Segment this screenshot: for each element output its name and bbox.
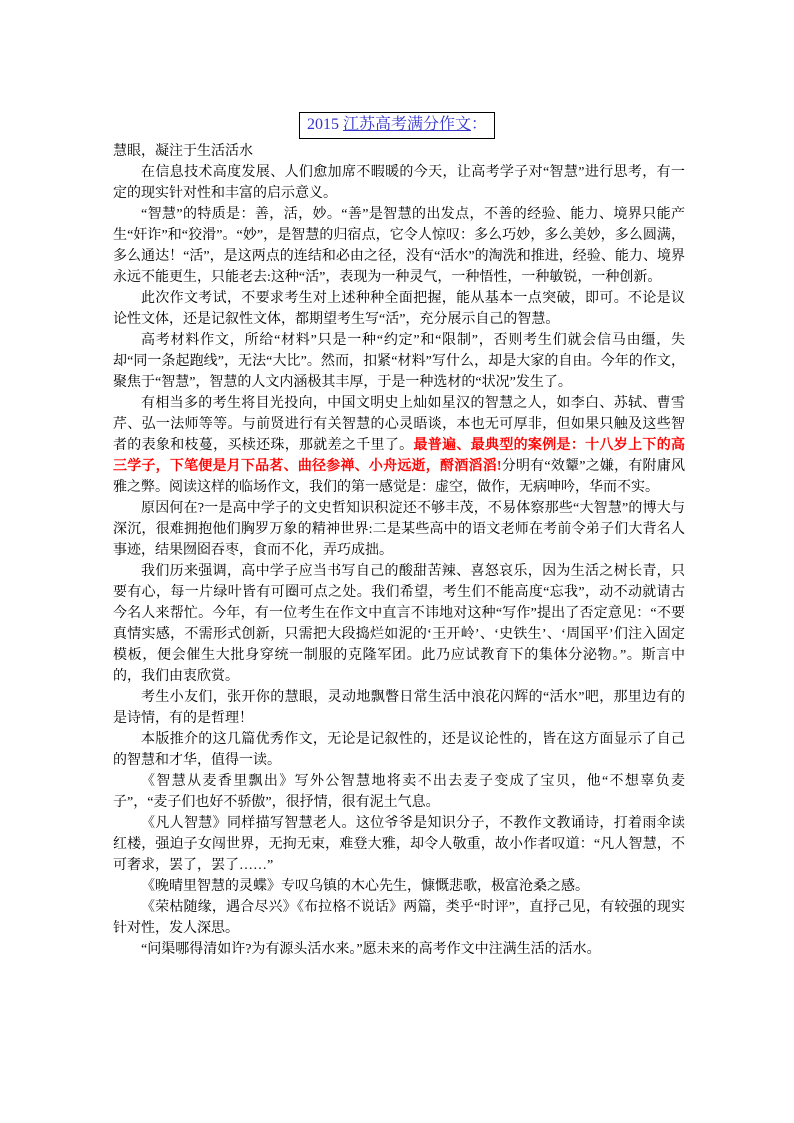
paragraph: 我们历来强调，高中学子应当书写自己的酸甜苦辣、喜怒哀乐，因为生活之树长青，只要有… — [113, 561, 685, 687]
paragraph: 有相当多的考生将目光投向，中国文明史上灿如星汉的智慧之人，如李白、苏轼、曹雪芹、… — [113, 393, 685, 498]
text-run: 《晚晴里智慧的灵蝶》专叹乌镇的木心先生，慷慨悲歌，极富沧桑之感。 — [141, 879, 589, 894]
paragraph: 高考材料作文，所给“材料”只是一种“约定”和“限制”，否则考生们就会信马由缰，失… — [113, 330, 685, 393]
text-run: “问渠哪得清如许?为有源头活水来。”愿未来的高考作文中注满生活的活水。 — [141, 942, 601, 957]
text-run: 《凡人智慧》同样描写智慧老人。这位爷爷是知识分子，不教作文教诵诗，打着雨伞读红楼… — [113, 816, 685, 873]
text-run: 此次作文考试，不要求考生对上述种种全面把握，能从基本一点突破，即可。不论是议论性… — [113, 291, 685, 327]
paragraph: 《晚晴里智慧的灵蝶》专叹乌镇的木心先生，慷慨悲歌，极富沧桑之感。 — [113, 876, 685, 897]
title-text: ： — [471, 116, 487, 133]
text-run: 慧眼，凝注于生活活水 — [113, 144, 253, 159]
paragraph: 在信息技术高度发展、人们愈加席不暇暖的今天，让高考学子对“智慧”进行思考，有一定… — [113, 162, 685, 204]
paragraph: “问渠哪得清如许?为有源头活水来。”愿未来的高考作文中注满生活的活水。 — [113, 939, 685, 960]
text-run: 高考材料作文，所给“材料”只是一种“约定”和“限制”，否则考生们就会信马由缰，失… — [113, 333, 685, 390]
title-link[interactable]: 江苏高考满分作文 — [343, 116, 471, 133]
text-run: 《荣枯随缘，遇合尽兴》《布拉格不说话》两篇，类乎“时评”，直抒己见，有较强的现实… — [113, 900, 685, 936]
essay-body: 慧眼，凝注于生活活水在信息技术高度发展、人们愈加席不暇暖的今天，让高考学子对“智… — [113, 141, 685, 960]
paragraph: 考生小友们，张开你的慧眼，灵动地飘瞥日常生活中浪花闪辉的“活水”吧，那里边有的是… — [113, 687, 685, 729]
text-run: 考生小友们，张开你的慧眼，灵动地飘瞥日常生活中浪花闪辉的“活水”吧，那里边有的是… — [113, 690, 685, 726]
essay-title-box: 2015 江苏高考满分作文： — [299, 112, 495, 139]
text-run: 我们历来强调，高中学子应当书写自己的酸甜苦辣、喜怒哀乐，因为生活之树长青，只要有… — [113, 564, 685, 684]
paragraph: 《凡人智慧》同样描写智慧老人。这位爷爷是知识分子，不教作文教诵诗，打着雨伞读红楼… — [113, 813, 685, 876]
paragraph: 原因何在?一是高中学子的文史哲知识积淀还不够丰茂，不易体察那些“大智慧”的博大与… — [113, 498, 685, 561]
text-run: 《智慧从麦香里飘出》写外公智慧地将卖不出去麦子变成了宝贝，他“不想辜负麦子”，“… — [113, 774, 685, 810]
text-run: 原因何在?一是高中学子的文史哲知识积淀还不够丰茂，不易体察那些“大智慧”的博大与… — [113, 501, 685, 558]
text-run: 本版推介的这几篇优秀作文，无论是记叙性的，还是议论性的，皆在这方面显示了自己的智… — [113, 732, 685, 768]
text-run: 在信息技术高度发展、人们愈加席不暇暖的今天，让高考学子对“智慧”进行思考，有一定… — [113, 165, 685, 201]
title-text: 2015 — [307, 116, 343, 133]
document-page: 2015 江苏高考满分作文： 慧眼，凝注于生活活水在信息技术高度发展、人们愈加席… — [0, 0, 794, 1123]
paragraph: 《智慧从麦香里飘出》写外公智慧地将卖不出去麦子变成了宝贝，他“不想辜负麦子”，“… — [113, 771, 685, 813]
paragraph: 慧眼，凝注于生活活水 — [113, 141, 685, 162]
paragraph: 此次作文考试，不要求考生对上述种种全面把握，能从基本一点突破，即可。不论是议论性… — [113, 288, 685, 330]
text-run: “智慧”的特质是：善，活，妙。“善”是智慧的出发点，不善的经验、能力、境界只能产… — [113, 207, 685, 285]
paragraph: 《荣枯随缘，遇合尽兴》《布拉格不说话》两篇，类乎“时评”，直抒己见，有较强的现实… — [113, 897, 685, 939]
paragraph: “智慧”的特质是：善，活，妙。“善”是智慧的出发点，不善的经验、能力、境界只能产… — [113, 204, 685, 288]
paragraph: 本版推介的这几篇优秀作文，无论是记叙性的，还是议论性的，皆在这方面显示了自己的智… — [113, 729, 685, 771]
